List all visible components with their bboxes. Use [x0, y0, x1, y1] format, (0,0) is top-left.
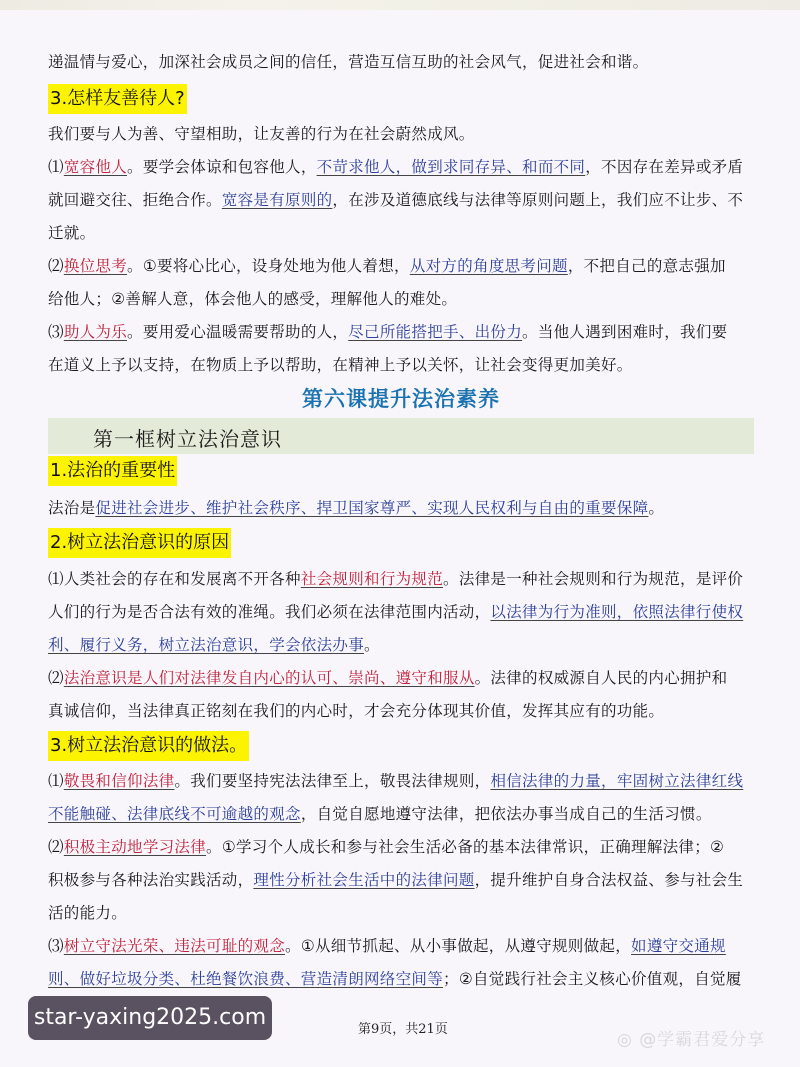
paragraph-intro: 我们要与人为善、守望相助，让友善的行为在社会蔚然成风。 — [48, 124, 475, 144]
paragraph-line: ⑴宽容他人。要学会体谅和包容他人，不苛求他人，做到求同存异、和而不同，不因存在差… — [48, 157, 743, 177]
paragraph-line: 不能触碰、法律底线不可逾越的观念，自觉自愿地遵守法律，把依法办事当成自己的生活习… — [48, 804, 712, 824]
key-term: 法治意识是人们对法律发自内心的认可、崇尚、遵守和服从 — [64, 669, 475, 687]
key-phrase: 宽容是有原则的 — [222, 191, 333, 209]
key-phrase: 促进社会进步、维护社会秩序、捍卫国家尊严、实现人民权利与自由的重要保障 — [95, 499, 648, 517]
text: 。①从细节抓起、从小事做起，从遵守规则做起， — [285, 937, 631, 955]
watermark-text: @学霸君爱分享 — [639, 1030, 765, 1050]
text: 。要学会体谅和包容他人， — [127, 158, 317, 176]
key-term: 积极主动地学习法律 — [64, 838, 206, 856]
key-phrase: 从对方的角度思考问题 — [410, 257, 568, 275]
text: 法治是 — [48, 499, 95, 517]
text: 人们的行为是否合法有效的准绳。我们必须在法律范围内活动， — [48, 603, 490, 621]
key-phrase: 则、做好垃圾分类、杜绝餐饮浪费、营造清朗网络空间等 — [48, 970, 443, 988]
item-number: ⑶ — [48, 323, 64, 341]
paragraph-line: 法治是促进社会进步、维护社会秩序、捍卫国家尊严、实现人民权利与自由的重要保障。 — [48, 498, 664, 518]
key-term: 社会规则和行为规范 — [301, 570, 443, 588]
key-phrase: 尽己所能搭把手、出份力 — [348, 323, 522, 341]
item-number: ⑵ — [48, 838, 64, 856]
chapter-title: 第六课提升法治素养 — [48, 383, 754, 413]
text: 。要用爱心温暖需要帮助的人， — [127, 323, 348, 341]
text: 。当他人遇到困难时，我们要 — [522, 323, 727, 341]
text: 。我们要坚持宪法法律至上，敬畏法律规则， — [174, 772, 490, 790]
text: ，不因存在差异或矛盾 — [585, 158, 743, 176]
paragraph-line: ⑵积极主动地学习法律。①学习个人成长和参与社会生活必备的基本法律常识，正确理解法… — [48, 837, 724, 857]
logo-icon: ◎ — [617, 1030, 639, 1050]
text: 就回避交往、拒绝合作。 — [48, 191, 222, 209]
text: 。法律的权威源自人民的内心拥护和 — [475, 669, 728, 687]
key-term: 换位思考 — [64, 257, 127, 275]
paragraph-line: 迁就。 — [48, 223, 95, 243]
text: ，在涉及道德底线与法律等原则问题上，我们应不让步、不 — [332, 191, 743, 209]
paragraph-line: 则、做好垃圾分类、杜绝餐饮浪费、营造清朗网络空间等；②自觉践行社会主义核心价值观… — [48, 969, 742, 989]
paragraph-line: 就回避交往、拒绝合作。宽容是有原则的，在涉及道德底线与法律等原则问题上，我们应不… — [48, 190, 743, 210]
text: ，自觉自愿地遵守法律，把依法办事当成自己的生活习惯。 — [301, 805, 712, 823]
key-phrase: 以法律为行为准则，依照法律行使权 — [490, 603, 743, 621]
key-phrase: 理性分析社会生活中的法律问题 — [253, 871, 474, 889]
page-number: 第9页，共21页 — [358, 1018, 448, 1037]
section-title: 第一框树立法治意识 — [93, 423, 282, 452]
watermark: ◎ @学霸君爱分享 — [617, 1025, 765, 1050]
paragraph-line: ⑴人类社会的存在和发展离不开各种社会规则和行为规范。法律是一种社会规则和行为规范… — [48, 569, 743, 589]
paragraph-line: ⑶树立守法光荣、违法可耻的观念。①从细节抓起、从小事做起，从遵守规则做起，如遵守… — [48, 936, 726, 956]
paragraph-line: 活的能力。 — [48, 903, 127, 923]
section-title-bar: 第一框树立法治意识 — [48, 418, 754, 454]
text: 人类社会的存在和发展离不开各种 — [64, 570, 301, 588]
text: 。 — [648, 499, 664, 517]
item-number: ⑴ — [48, 772, 64, 790]
item-number: ⑵ — [48, 669, 64, 687]
key-term: 助人为乐 — [64, 323, 127, 341]
key-term: 敬畏和信仰法律 — [64, 772, 175, 790]
url-badge[interactable]: star-yaxing2025.com — [28, 996, 272, 1040]
key-term: 宽容他人 — [64, 158, 127, 176]
paragraph-line: 真诚信仰，当法律真正铭刻在我们的内心时，才会充分体现其价值，发挥其应有的功能。 — [48, 701, 664, 721]
heading-reasons: 2.树立法治意识的原因 — [48, 528, 231, 558]
paragraph-line: 人们的行为是否合法有效的准绳。我们必须在法律范围内活动，以法律为行为准则，依照法… — [48, 602, 743, 622]
text: ，提升维护自身合法权益、参与社会生 — [475, 871, 744, 889]
item-number: ⑶ — [48, 937, 64, 955]
paragraph-line: ⑵法治意识是人们对法律发自内心的认可、崇尚、遵守和服从。法律的权威源自人民的内心… — [48, 668, 727, 688]
top-edge-strip — [0, 0, 800, 10]
paragraph-line: 在道义上予以支持，在物质上予以帮助，在精神上予以关怀，让社会变得更加美好。 — [48, 355, 633, 375]
paragraph-line: ⑶助人为乐。要用爱心温暖需要帮助的人，尽己所能搭把手、出份力。当他人遇到困难时，… — [48, 322, 727, 342]
key-phrase: 不能触碰、法律底线不可逾越的观念 — [48, 805, 301, 823]
heading-methods: 3.树立法治意识的做法。 — [48, 731, 249, 761]
text: ；②自觉践行社会主义核心价值观，自觉履 — [443, 970, 742, 988]
item-number: ⑴ — [48, 158, 64, 176]
key-term: 树立守法光荣、违法可耻的观念 — [64, 937, 285, 955]
text: 。①要将心比心，设身处地为他人着想， — [127, 257, 410, 275]
text: 。①学习个人成长和参与社会生活必备的基本法律常识，正确理解法律；② — [206, 838, 724, 856]
paragraph-line: 递温情与爱心，加深社会成员之间的信任，营造互信互助的社会风气，促进社会和谐。 — [48, 52, 648, 72]
item-number: ⑴ — [48, 570, 64, 588]
heading-how-to-be-friendly: 3.怎样友善待人? — [48, 84, 187, 114]
text: 。法律是一种社会规则和行为规范，是评价 — [443, 570, 743, 588]
paragraph-line: ⑵换位思考。①要将心比心，设身处地为他人着想，从对方的角度思考问题，不把自己的意… — [48, 256, 726, 276]
paragraph-line: 利、履行义务，树立法治意识，学会依法办事。 — [48, 635, 380, 655]
key-phrase: 如遵守交通规 — [631, 937, 726, 955]
text: 积极参与各种法治实践活动， — [48, 871, 253, 889]
paragraph-line: 给他人；②善解人意，体会他人的感受，理解他人的难处。 — [48, 289, 457, 309]
paragraph-line: 积极参与各种法治实践活动，理性分析社会生活中的法律问题，提升维护自身合法权益、参… — [48, 870, 743, 890]
key-phrase: 不苛求他人，做到求同存异、和而不同 — [317, 158, 586, 176]
paragraph-line: ⑴敬畏和信仰法律。我们要坚持宪法法律至上，敬畏法律规则，相信法律的力量，牢固树立… — [48, 771, 743, 791]
key-phrase: 利、履行义务，树立法治意识，学会依法办事 — [48, 636, 364, 654]
heading-importance-of-rule-of-law: 1.法治的重要性 — [48, 456, 177, 486]
item-number: ⑵ — [48, 257, 64, 275]
text: ，不把自己的意志强加 — [568, 257, 726, 275]
key-phrase: 相信法律的力量，牢固树立法律红线 — [490, 772, 743, 790]
text: 。 — [364, 636, 380, 654]
